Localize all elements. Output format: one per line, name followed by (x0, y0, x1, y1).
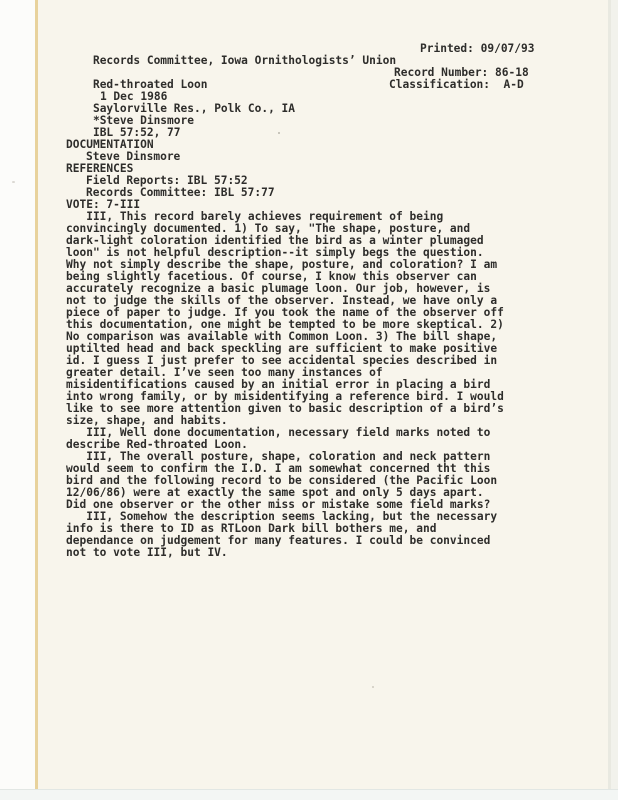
comment-paragraph-1: III, This record barely achieves require… (66, 211, 571, 427)
typed-document: Records Committee, Iowa Ornithologists’ … (66, 43, 571, 559)
scan-speck (372, 686, 374, 688)
ibl-citation-line: IBL 57:52, 77 (66, 115, 571, 127)
records-committee-reference: Records Committee: IBL 57:77 (66, 187, 571, 199)
header-line: Records Committee, Iowa Ornithologists’ … (66, 43, 571, 55)
classification: Classification: A-D (389, 79, 524, 91)
documentation-name: Steve Dinsmore (66, 151, 571, 163)
comment-paragraph-3: III, The overall posture, shape, colorat… (66, 451, 571, 511)
scanner-margin (0, 0, 35, 800)
page-binder-edge-line (35, 0, 38, 794)
location-line: Saylorville Res., Polk Co., IA (66, 91, 571, 103)
comment-paragraph-4: III, Somehow the description seems lacki… (66, 511, 571, 559)
vote-line: VOTE: 7-III (66, 199, 571, 211)
printed-date: Printed: 09/07/93 (420, 43, 535, 55)
comment-paragraph-2: III, Well done documentation, necessary … (66, 427, 571, 451)
page-bottom-edge (0, 789, 618, 800)
scan-speck (12, 181, 15, 183)
scan-right-band (611, 0, 618, 800)
committee-title: Records Committee, Iowa Ornithologists’ … (93, 54, 396, 67)
date-line: 1 Dec 1986 Classification: A-D (66, 79, 571, 91)
observer-line: *Steve Dinsmore (66, 103, 571, 115)
